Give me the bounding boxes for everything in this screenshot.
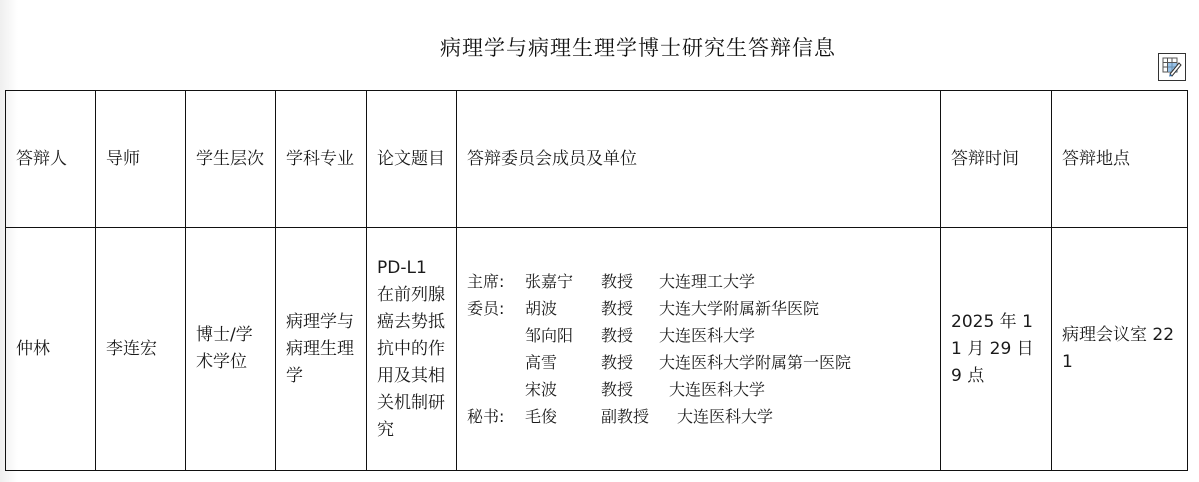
header-committee: 答辩委员会成员及单位 bbox=[457, 91, 941, 228]
header-discipline: 学科专业 bbox=[276, 91, 367, 228]
header-advisor: 导师 bbox=[96, 91, 186, 228]
committee-member: 邹向阳 教授 大连医科大学 bbox=[467, 322, 930, 349]
cell-defender: 仲林 bbox=[6, 228, 96, 471]
member-role bbox=[467, 376, 525, 403]
header-defense-time: 答辩时间 bbox=[941, 91, 1052, 228]
committee-list: 主席: 张嘉宁 教授 大连理工大学 委员: 胡波 教授 大连大学附属新华医院 邹… bbox=[467, 268, 930, 430]
member-name: 胡波 bbox=[525, 295, 601, 322]
member-name: 宋波 bbox=[525, 376, 601, 403]
table-row: 仲林 李连宏 博士/学术学位 病理学与病理生理学 PD-L1 在前列腺癌去势抵抗… bbox=[6, 228, 1188, 471]
header-defender: 答辩人 bbox=[6, 91, 96, 228]
committee-member: 委员: 胡波 教授 大连大学附属新华医院 bbox=[467, 295, 930, 322]
cell-student-level: 博士/学术学位 bbox=[186, 228, 276, 471]
committee-member: 秘书: 毛俊 副教授 大连医科大学 bbox=[467, 403, 930, 430]
defense-info-table: 答辩人 导师 学生层次 学科专业 论文题目 答辩委员会成员及单位 答辩时间 答辩… bbox=[5, 90, 1188, 471]
header-student-level: 学生层次 bbox=[186, 91, 276, 228]
member-unit: 大连医科大学 bbox=[659, 322, 755, 349]
member-rank: 教授 bbox=[601, 349, 659, 376]
committee-member: 主席: 张嘉宁 教授 大连理工大学 bbox=[467, 268, 930, 295]
member-unit: 大连医科大学 bbox=[659, 376, 765, 403]
member-unit: 大连医科大学 bbox=[677, 403, 773, 430]
member-role: 委员: bbox=[467, 295, 525, 322]
member-name: 毛俊 bbox=[525, 403, 601, 430]
member-role bbox=[467, 349, 525, 376]
committee-member: 高雪 教授 大连医科大学附属第一医院 bbox=[467, 349, 930, 376]
member-rank: 教授 bbox=[601, 322, 659, 349]
header-thesis-title: 论文题目 bbox=[367, 91, 457, 228]
member-role: 秘书: bbox=[467, 403, 525, 430]
member-unit: 大连理工大学 bbox=[659, 268, 755, 295]
table-edit-icon[interactable] bbox=[1158, 53, 1186, 81]
member-rank: 教授 bbox=[601, 268, 659, 295]
cell-defense-time: 2025 年 11 月 29 日 9 点 bbox=[941, 228, 1052, 471]
member-name: 张嘉宁 bbox=[525, 268, 601, 295]
cell-thesis-title: PD-L1 在前列腺癌去势抵抗中的作用及其相关机制研究 bbox=[367, 228, 457, 471]
table-header-row: 答辩人 导师 学生层次 学科专业 论文题目 答辩委员会成员及单位 答辩时间 答辩… bbox=[6, 91, 1188, 228]
member-name: 邹向阳 bbox=[525, 322, 601, 349]
member-rank: 教授 bbox=[601, 376, 659, 403]
member-name: 高雪 bbox=[525, 349, 601, 376]
committee-member: 宋波 教授 大连医科大学 bbox=[467, 376, 930, 403]
cell-defense-location: 病理会议室 221 bbox=[1052, 228, 1188, 471]
member-unit: 大连大学附属新华医院 bbox=[659, 295, 819, 322]
member-rank: 教授 bbox=[601, 295, 659, 322]
cell-discipline: 病理学与病理生理学 bbox=[276, 228, 367, 471]
cell-committee: 主席: 张嘉宁 教授 大连理工大学 委员: 胡波 教授 大连大学附属新华医院 邹… bbox=[457, 228, 941, 471]
cell-advisor: 李连宏 bbox=[96, 228, 186, 471]
member-role: 主席: bbox=[467, 268, 525, 295]
page-title: 病理学与病理生理学博士研究生答辩信息 bbox=[0, 32, 1199, 62]
member-role bbox=[467, 322, 525, 349]
header-defense-location: 答辩地点 bbox=[1052, 91, 1188, 228]
member-unit: 大连医科大学附属第一医院 bbox=[659, 349, 851, 376]
member-rank: 副教授 bbox=[601, 403, 677, 430]
